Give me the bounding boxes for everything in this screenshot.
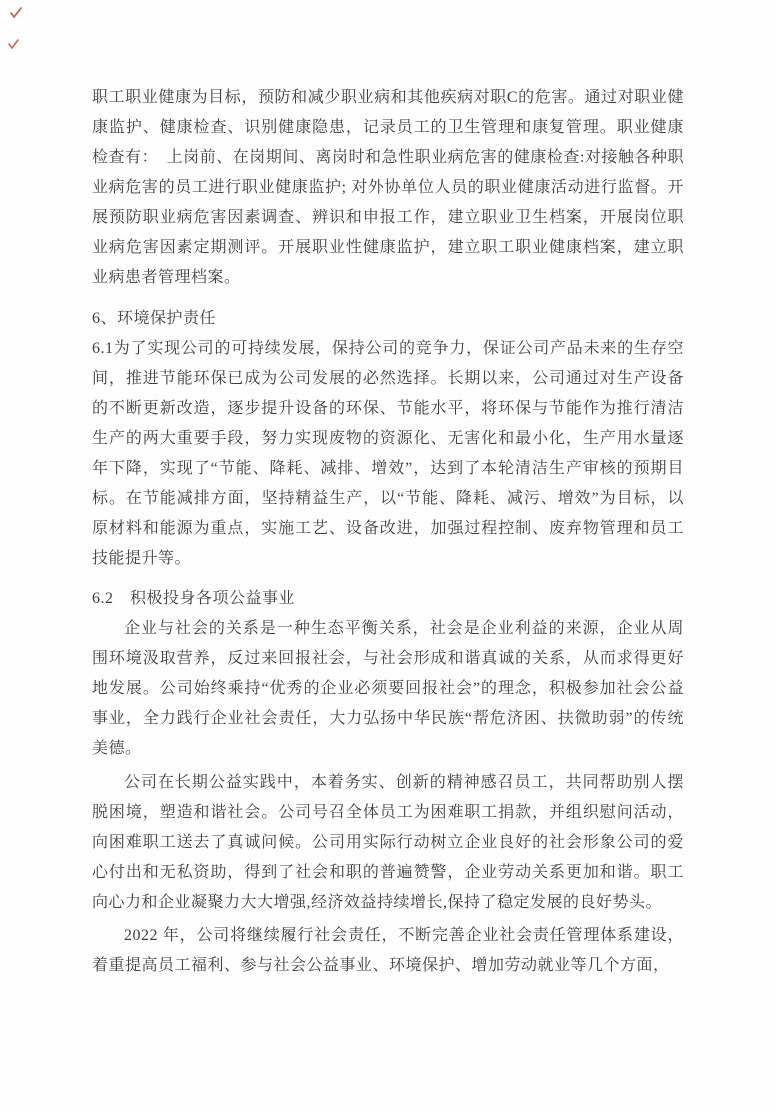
section-heading-environmental-responsibility: 6、环境保护责任 — [92, 304, 684, 334]
document-page: 职工职业健康为目标，预防和减少职业病和其他疾病对职C的危害。通过对职业健康监护、… — [0, 0, 776, 1110]
paragraph-charity-practice: 公司在长期公益实践中，本着务实、创新的精神感召员工，共同帮助别人摆脱困境，塑造和… — [92, 768, 684, 918]
document-text-block: 职工职业健康为目标，预防和减少职业病和其他疾病对职C的危害。通过对职业健康监护、… — [92, 83, 684, 981]
red-tick-icon — [5, 4, 29, 54]
paragraph-sustainable-development: 6.1为了实现公司的可持续发展，保持公司的竞争力，保证公司产品未来的生存空间，推… — [92, 334, 684, 574]
red-ink-annotations — [5, 4, 29, 54]
paragraph-enterprise-society-relation: 企业与社会的关系是一种生态平衡关系，社会是企业利益的来源，企业从周围环境汲取营养… — [92, 614, 684, 764]
paragraph-occupational-health: 职工职业健康为目标，预防和减少职业病和其他疾病对职C的危害。通过对职业健康监护、… — [92, 83, 684, 293]
section-heading-public-welfare: 6.2 积极投身各项公益事业 — [92, 584, 684, 614]
paragraph-2022-outlook: 2022 年，公司将继续履行社会责任，不断完善企业社会责任管理体系建设，着重提高… — [92, 921, 684, 981]
